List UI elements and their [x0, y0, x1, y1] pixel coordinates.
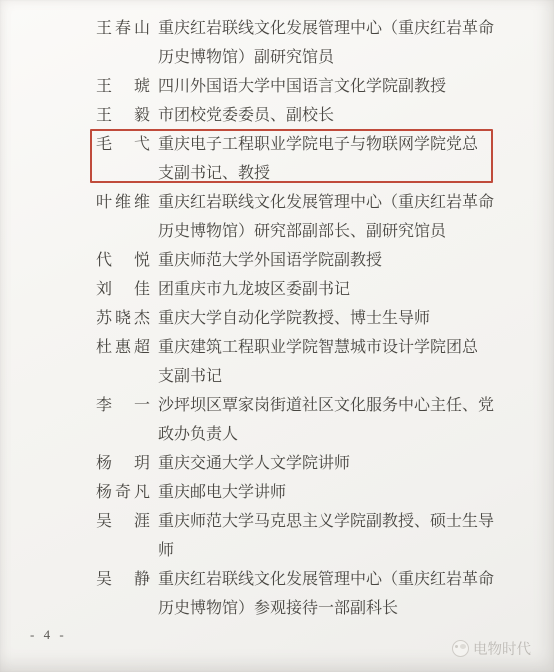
person-affiliation: 重庆红岩联线文化发展管理中心（重庆红岩革命历史博物馆）参观接待一部副科长 [158, 565, 494, 623]
list-item: 代悦 重庆师范大学外国语学院副教授 [96, 246, 496, 275]
watermark-text: 电物时代 [473, 638, 531, 659]
list-item: 杨玥 重庆交通大学人文学院讲师 [96, 449, 496, 478]
person-name: 王春山 [96, 14, 150, 72]
person-name: 王毅 [96, 101, 150, 130]
list-item: 王春山 重庆红岩联线文化发展管理中心（重庆红岩革命历史博物馆）副研究馆员 [96, 14, 496, 72]
person-affiliation: 重庆师范大学马克思主义学院副教授、硕士生导师 [158, 507, 494, 565]
list-item: 叶维维 重庆红岩联线文化发展管理中心（重庆红岩革命历史博物馆）研究部副部长、副研… [96, 188, 496, 246]
person-name: 王琥 [96, 72, 150, 101]
list-item: 杜惠超 重庆建筑工程职业学院智慧城市设计学院团总支副书记 [96, 333, 496, 391]
person-name: 杨玥 [96, 449, 150, 478]
document-page: 王春山 重庆红岩联线文化发展管理中心（重庆红岩革命历史博物馆）副研究馆员 王琥 … [0, 0, 554, 672]
person-affiliation: 重庆红岩联线文化发展管理中心（重庆红岩革命历史博物馆）副研究馆员 [158, 14, 494, 72]
person-name: 吴静 [96, 565, 150, 623]
person-affiliation: 重庆交通大学人文学院讲师 [158, 449, 350, 478]
person-name: 刘佳 [96, 275, 150, 304]
list-item: 王毅 市团校党委委员、副校长 [96, 101, 496, 130]
list-item: 杨奇凡 重庆邮电大学讲师 [96, 478, 496, 507]
person-name: 叶维维 [96, 188, 150, 246]
mascot-logo-icon [452, 640, 469, 657]
list-item: 王琥 四川外国语大学中国语言文化学院副教授 [96, 72, 496, 101]
person-affiliation: 重庆邮电大学讲师 [158, 478, 286, 507]
person-name: 吴涯 [96, 507, 150, 565]
person-affiliation: 重庆电子工程职业学院电子与物联网学院党总支副书记、教授 [158, 130, 478, 188]
person-affiliation: 重庆建筑工程职业学院智慧城市设计学院团总支副书记 [158, 333, 478, 391]
award-list: 王春山 重庆红岩联线文化发展管理中心（重庆红岩革命历史博物馆）副研究馆员 王琥 … [96, 14, 496, 623]
person-name: 杜惠超 [96, 333, 150, 391]
person-name: 代悦 [96, 246, 150, 275]
person-affiliation: 重庆师范大学外国语学院副教授 [158, 246, 382, 275]
page-number: - 4 - [30, 627, 67, 643]
list-item: 吴静 重庆红岩联线文化发展管理中心（重庆红岩革命历史博物馆）参观接待一部副科长 [96, 565, 496, 623]
watermark: 电物时代 [452, 638, 531, 659]
list-item: 李一 沙坪坝区覃家岗街道社区文化服务中心主任、党政办负责人 [96, 391, 496, 449]
person-affiliation: 四川外国语大学中国语言文化学院副教授 [158, 72, 446, 101]
list-item: 苏晓杰 重庆大学自动化学院教授、博士生导师 [96, 304, 496, 333]
person-affiliation: 重庆大学自动化学院教授、博士生导师 [158, 304, 430, 333]
person-name: 李一 [96, 391, 150, 449]
list-item: 吴涯 重庆师范大学马克思主义学院副教授、硕士生导师 [96, 507, 496, 565]
person-name: 杨奇凡 [96, 478, 150, 507]
person-affiliation: 沙坪坝区覃家岗街道社区文化服务中心主任、党政办负责人 [158, 391, 494, 449]
list-item: 刘佳 团重庆市九龙坡区委副书记 [96, 275, 496, 304]
person-name: 苏晓杰 [96, 304, 150, 333]
person-name: 毛弋 [96, 130, 150, 188]
person-affiliation: 团重庆市九龙坡区委副书记 [158, 275, 350, 304]
person-affiliation: 重庆红岩联线文化发展管理中心（重庆红岩革命历史博物馆）研究部副部长、副研究馆员 [158, 188, 494, 246]
list-item: 毛弋 重庆电子工程职业学院电子与物联网学院党总支副书记、教授 [96, 130, 496, 188]
person-affiliation: 市团校党委委员、副校长 [158, 101, 334, 130]
